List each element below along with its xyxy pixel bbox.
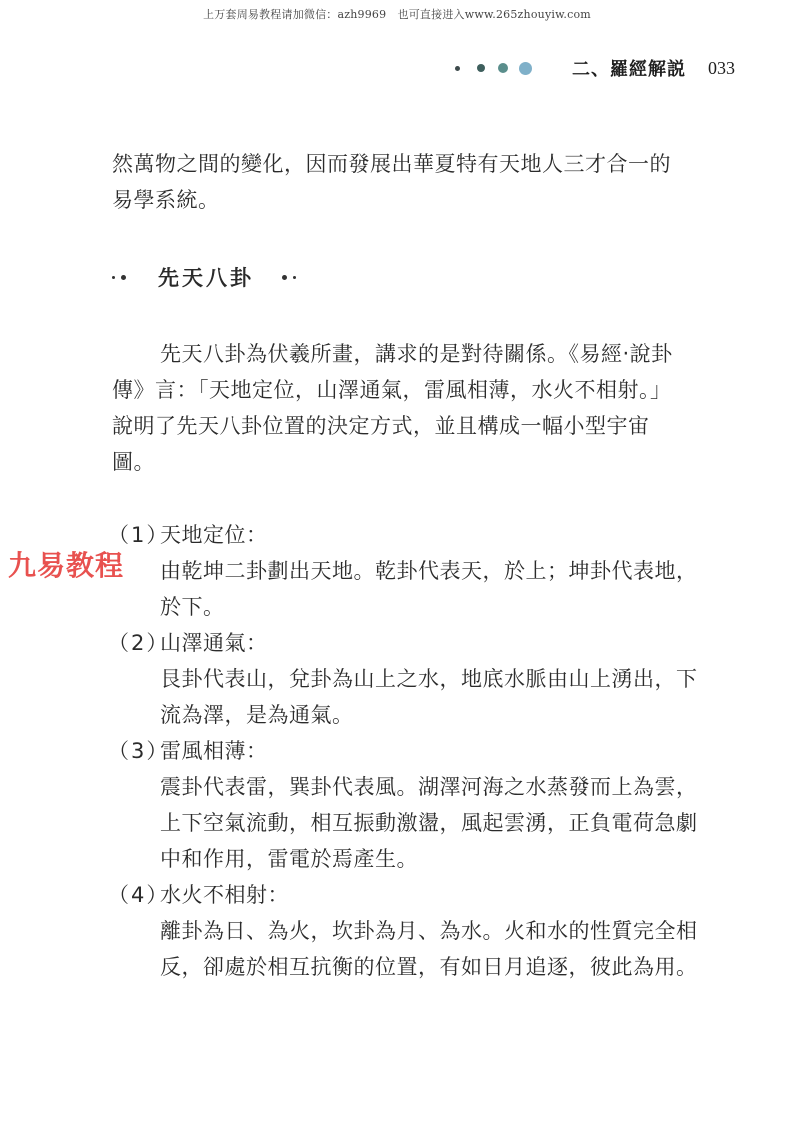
watermark-banner: 上万套周易教程请加微信：azh9969 也可直接进入www.265zhouyiw… <box>0 6 794 22</box>
item-number: （3） <box>108 733 160 769</box>
item-body: 離卦為日、為火，坎卦為月、為水。火和水的性質完全相反，卻處於相互抗衡的位置，有如… <box>108 913 698 985</box>
bullet-dot-icon <box>293 276 296 279</box>
dots-icon <box>455 66 460 71</box>
item-heading: 山澤通氣： <box>160 625 268 661</box>
item-heading: 雷風相薄： <box>160 733 268 769</box>
item-body: 由乾坤二卦劃出天地。乾卦代表天，於上；坤卦代表地，於下。 <box>108 553 698 625</box>
bullet-dot-icon <box>112 276 115 279</box>
bullet-dot-icon <box>121 275 126 280</box>
item-number: （1） <box>108 517 160 553</box>
paragraph-intro: 然萬物之間的變化，因而發展出華夏特有天地人三才合一的易學系統。 <box>112 146 692 218</box>
list-item: （4） 水火不相射： 離卦為日、為火，坎卦為月、為水。火和水的性質完全相反，卻處… <box>108 877 698 985</box>
item-number: （4） <box>108 877 160 913</box>
item-body: 震卦代表雷，巽卦代表風。湖澤河海之水蒸發而上為雲，上下空氣流動，相互振動激盪，風… <box>108 769 698 877</box>
list-item: （1） 天地定位： 由乾坤二卦劃出天地。乾卦代表天，於上；坤卦代表地，於下。 <box>108 517 698 625</box>
watermark-stamp: 九易教程 <box>8 544 124 584</box>
dots-icon <box>477 64 485 72</box>
principles-list: （1） 天地定位： 由乾坤二卦劃出天地。乾卦代表天，於上；坤卦代表地，於下。 （… <box>108 517 698 985</box>
dots-icon <box>519 62 532 75</box>
item-heading: 天地定位： <box>160 517 268 553</box>
paragraph-xiantian: 先天八卦為伏羲所畫，講求的是對待關係。《易經‧說卦傳》言：「天地定位，山澤通氣，… <box>112 336 692 480</box>
item-heading: 水火不相射： <box>160 877 289 913</box>
dots-icon <box>498 63 508 73</box>
running-header: 二、羅經解説 033 <box>455 56 735 80</box>
item-number: （2） <box>108 625 160 661</box>
list-item: （3） 雷風相薄： 震卦代表雷，巽卦代表風。湖澤河海之水蒸發而上為雲，上下空氣流… <box>108 733 698 877</box>
chapter-title: 二、羅經解説 <box>572 55 686 81</box>
bullet-dot-icon <box>282 275 287 280</box>
item-body: 艮卦代表山，兌卦為山上之水，地底水脈由山上湧出，下流為澤，是為通氣。 <box>108 661 698 733</box>
section-heading: 先天八卦 <box>112 262 296 292</box>
list-item: （2） 山澤通氣： 艮卦代表山，兌卦為山上之水，地底水脈由山上湧出，下流為澤，是… <box>108 625 698 733</box>
section-title: 先天八卦 <box>158 262 254 292</box>
page-number: 033 <box>708 58 735 79</box>
